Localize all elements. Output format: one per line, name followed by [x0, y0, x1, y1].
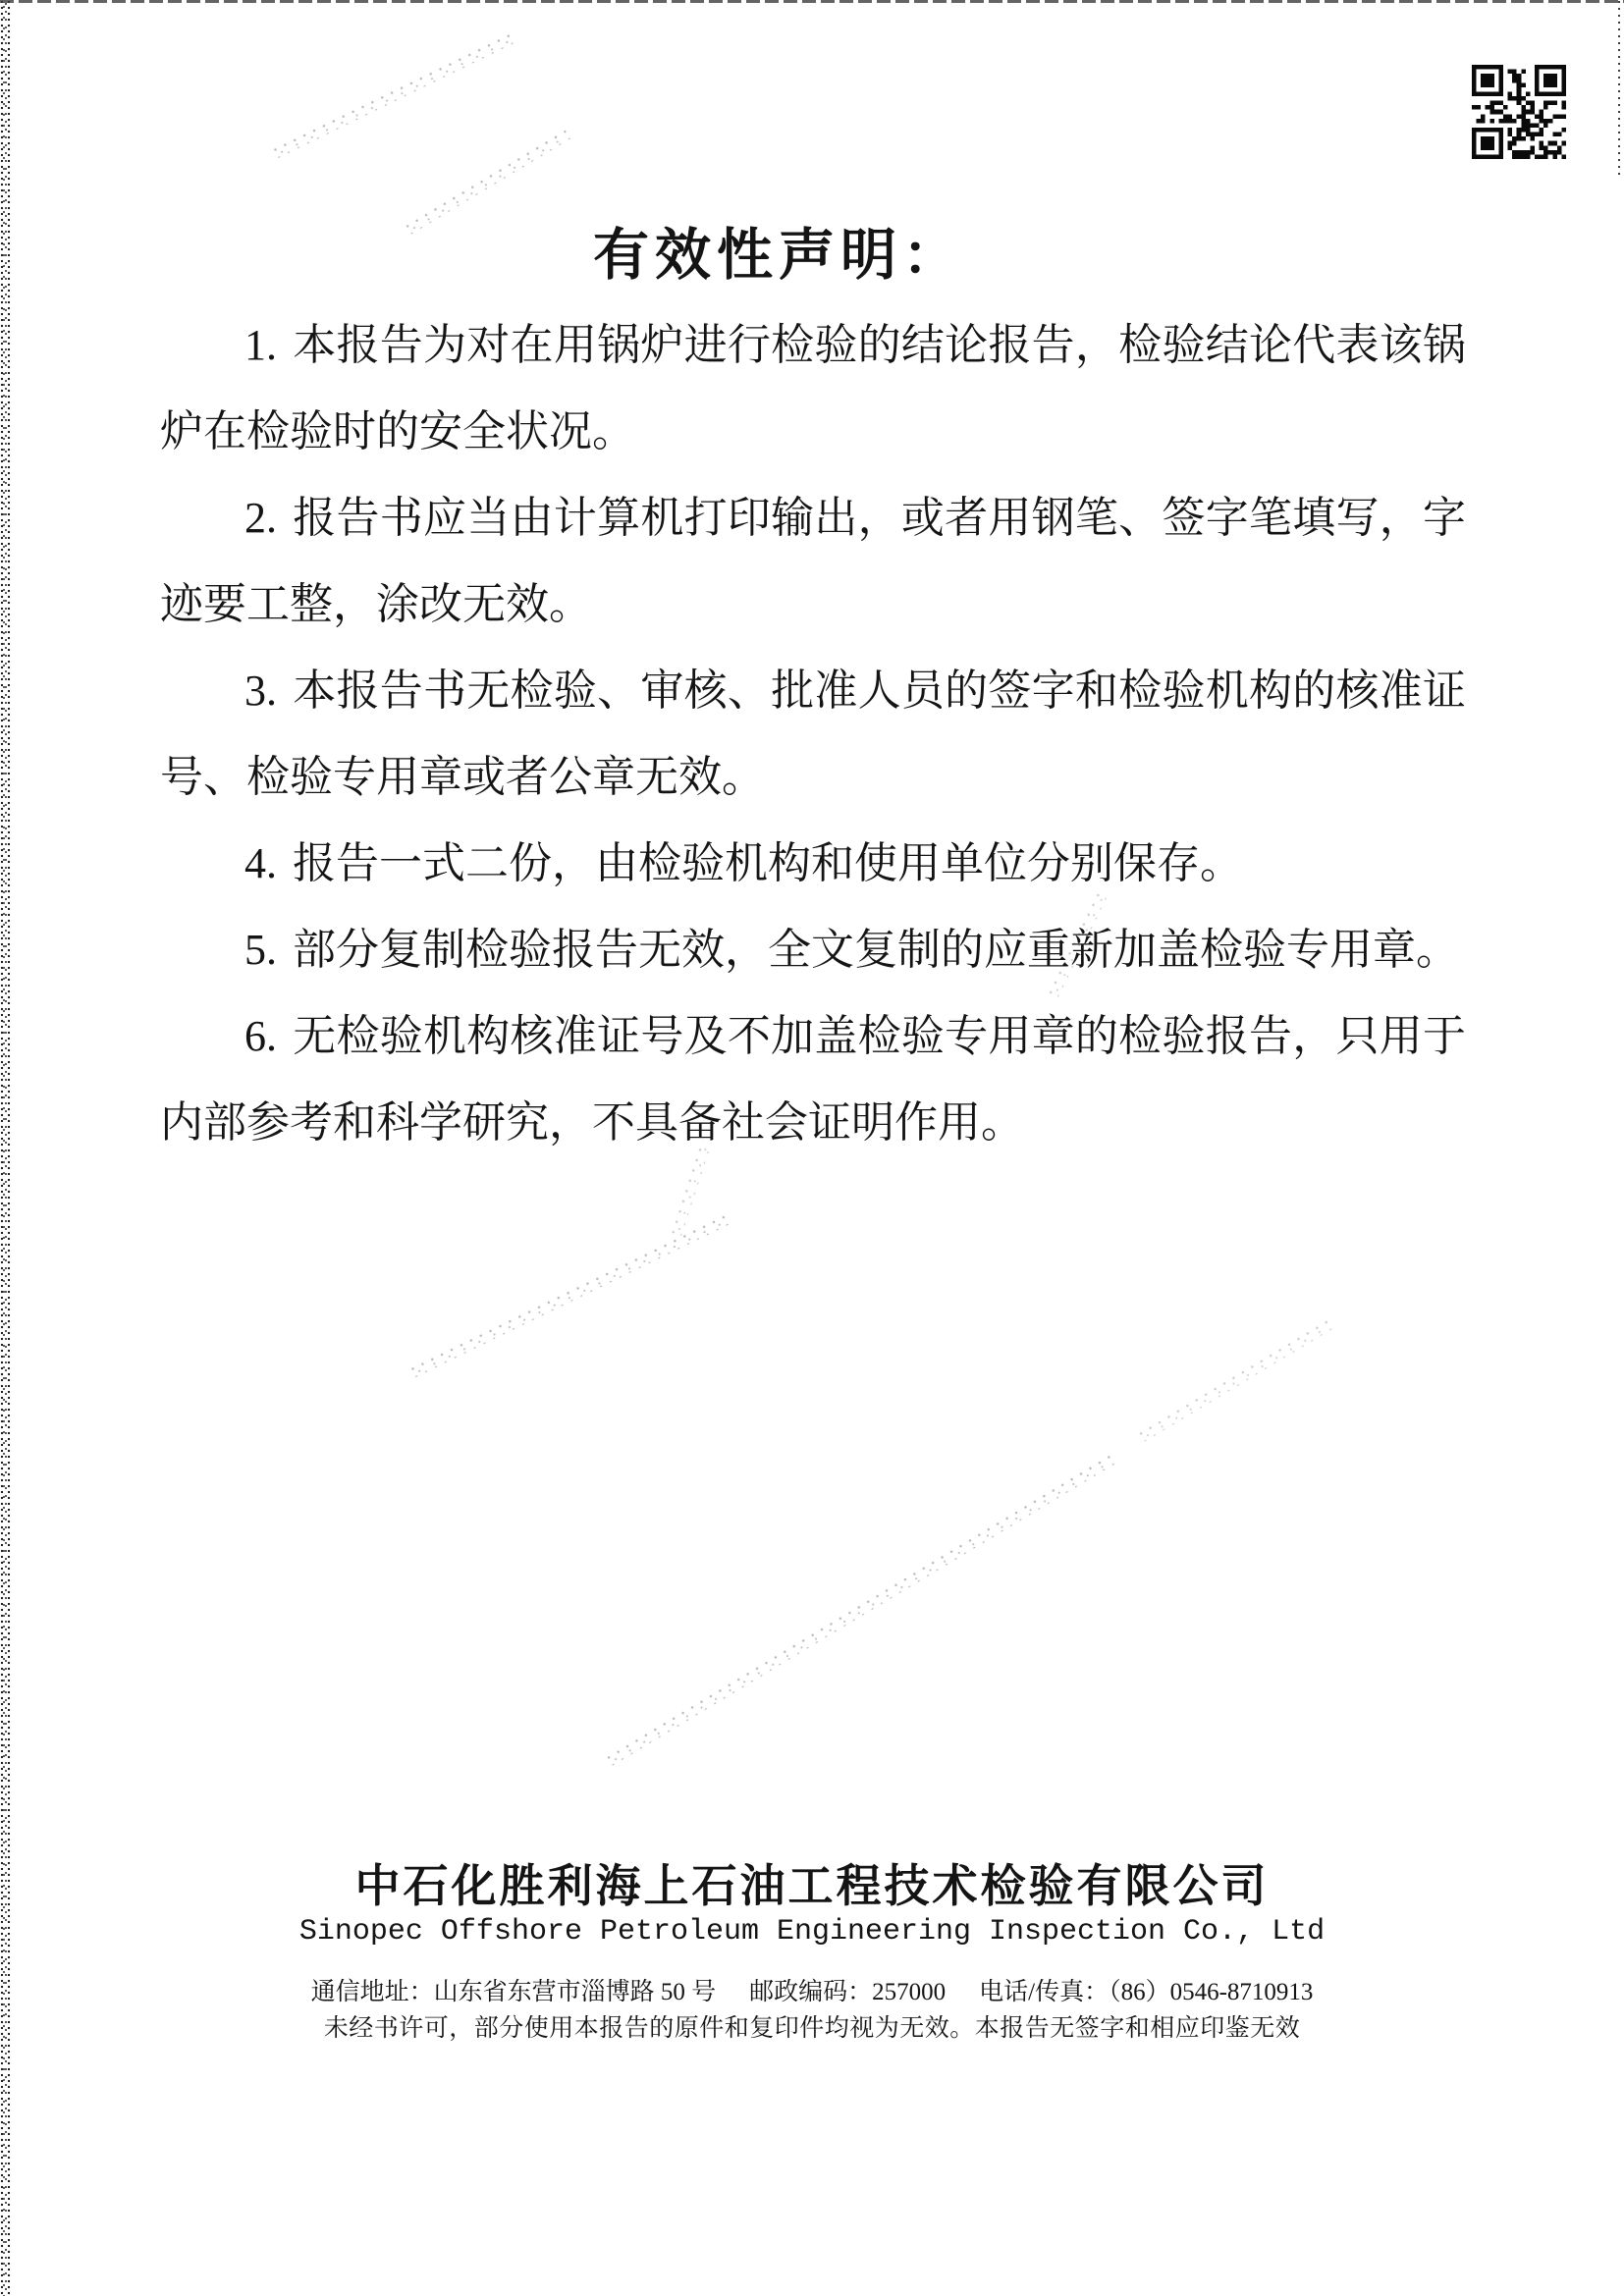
scan-edge-top-artifact [0, 0, 1624, 3]
statement-text: 无检验机构核准证号及不加盖检验专用章的检验报告，只用于内部参考和科学研究，不具备… [160, 1012, 1466, 1147]
statement-text: 本报告为对在用锅炉进行检验的结论报告，检验结论代表该锅炉在检验时的安全状况。 [160, 321, 1466, 455]
mailing-address: 通信地址：山东省东营市淄博路 50 号 [311, 1978, 717, 2007]
postal-code: 邮政编码：257000 [749, 1978, 946, 2007]
statement-number: 6. [244, 1012, 277, 1060]
copy-restriction-notice: 未经书许可，部分使用本报告的原件和复印件均视为无效。本报告无签字和相应印鉴无效 [0, 2014, 1624, 2044]
statement-item: 6.无检验机构核准证号及不加盖检验专用章的检验报告，只用于内部参考和科学研究，不… [160, 993, 1466, 1166]
statement-number: 1. [244, 321, 277, 369]
page-title: 有效性声明： [593, 224, 964, 289]
bleed-through-marks [409, 1212, 732, 1378]
statement-text: 部分复制检验报告无效，全文复制的应重新加盖检验专用章。 [293, 926, 1459, 974]
phone-fax: 电话/传真：（86）0546-8710913 [979, 1978, 1313, 2007]
statement-item: 3.本报告书无检验、审核、批准人员的签字和检验机构的核准证号、检验专用章或者公章… [160, 648, 1466, 821]
statement-number: 5. [244, 926, 277, 974]
bleed-through-marks [272, 31, 515, 158]
company-name-cn: 中石化胜利海上石油工程技术检验有限公司 [0, 1858, 1624, 1913]
bleed-through-marks [1138, 1318, 1333, 1442]
statement-item: 1.本报告为对在用锅炉进行检验的结论报告，检验结论代表该锅炉在检验时的安全状况。 [160, 302, 1466, 475]
statement-item: 2.报告书应当由计算机打印输出，或者用钢笔、签字笔填写，字迹要工整，涂改无效。 [160, 475, 1466, 648]
statement-text: 报告一式二份，由检验机构和使用单位分别保存。 [293, 839, 1243, 887]
company-footer: 中石化胜利海上石油工程技术检验有限公司 Sinopec Offshore Pet… [0, 1858, 1624, 2044]
bleed-through-marks [606, 1453, 1116, 1766]
scan-edge-right-artifact [1617, 0, 1624, 177]
validity-statements: 1.本报告为对在用锅炉进行检验的结论报告，检验结论代表该锅炉在检验时的安全状况。… [160, 302, 1466, 1166]
statement-item: 4.报告一式二份，由检验机构和使用单位分别保存。 [160, 821, 1466, 907]
bleed-through-marks [405, 129, 570, 235]
scanned-report-page: 有效性声明： 1.本报告为对在用锅炉进行检验的结论报告，检验结论代表该锅炉在检验… [0, 0, 1624, 2296]
statement-number: 4. [244, 839, 277, 887]
statement-item: 5.部分复制检验报告无效，全文复制的应重新加盖检验专用章。 [160, 907, 1466, 993]
statement-text: 报告书应当由计算机打印输出，或者用钢笔、签字笔填写，字迹要工整，涂改无效。 [160, 494, 1466, 628]
statement-number: 3. [244, 667, 277, 715]
contact-line: 通信地址：山东省东营市淄博路 50 号邮政编码：257000电话/传真：（86）… [0, 1978, 1624, 2007]
company-name-en: Sinopec Offshore Petroleum Engineering I… [0, 1913, 1624, 1950]
statement-number: 2. [244, 494, 277, 542]
qr-code-icon [1472, 65, 1566, 159]
statement-text: 本报告书无检验、审核、批准人员的签字和检验机构的核准证号、检验专用章或者公章无效… [160, 667, 1466, 801]
